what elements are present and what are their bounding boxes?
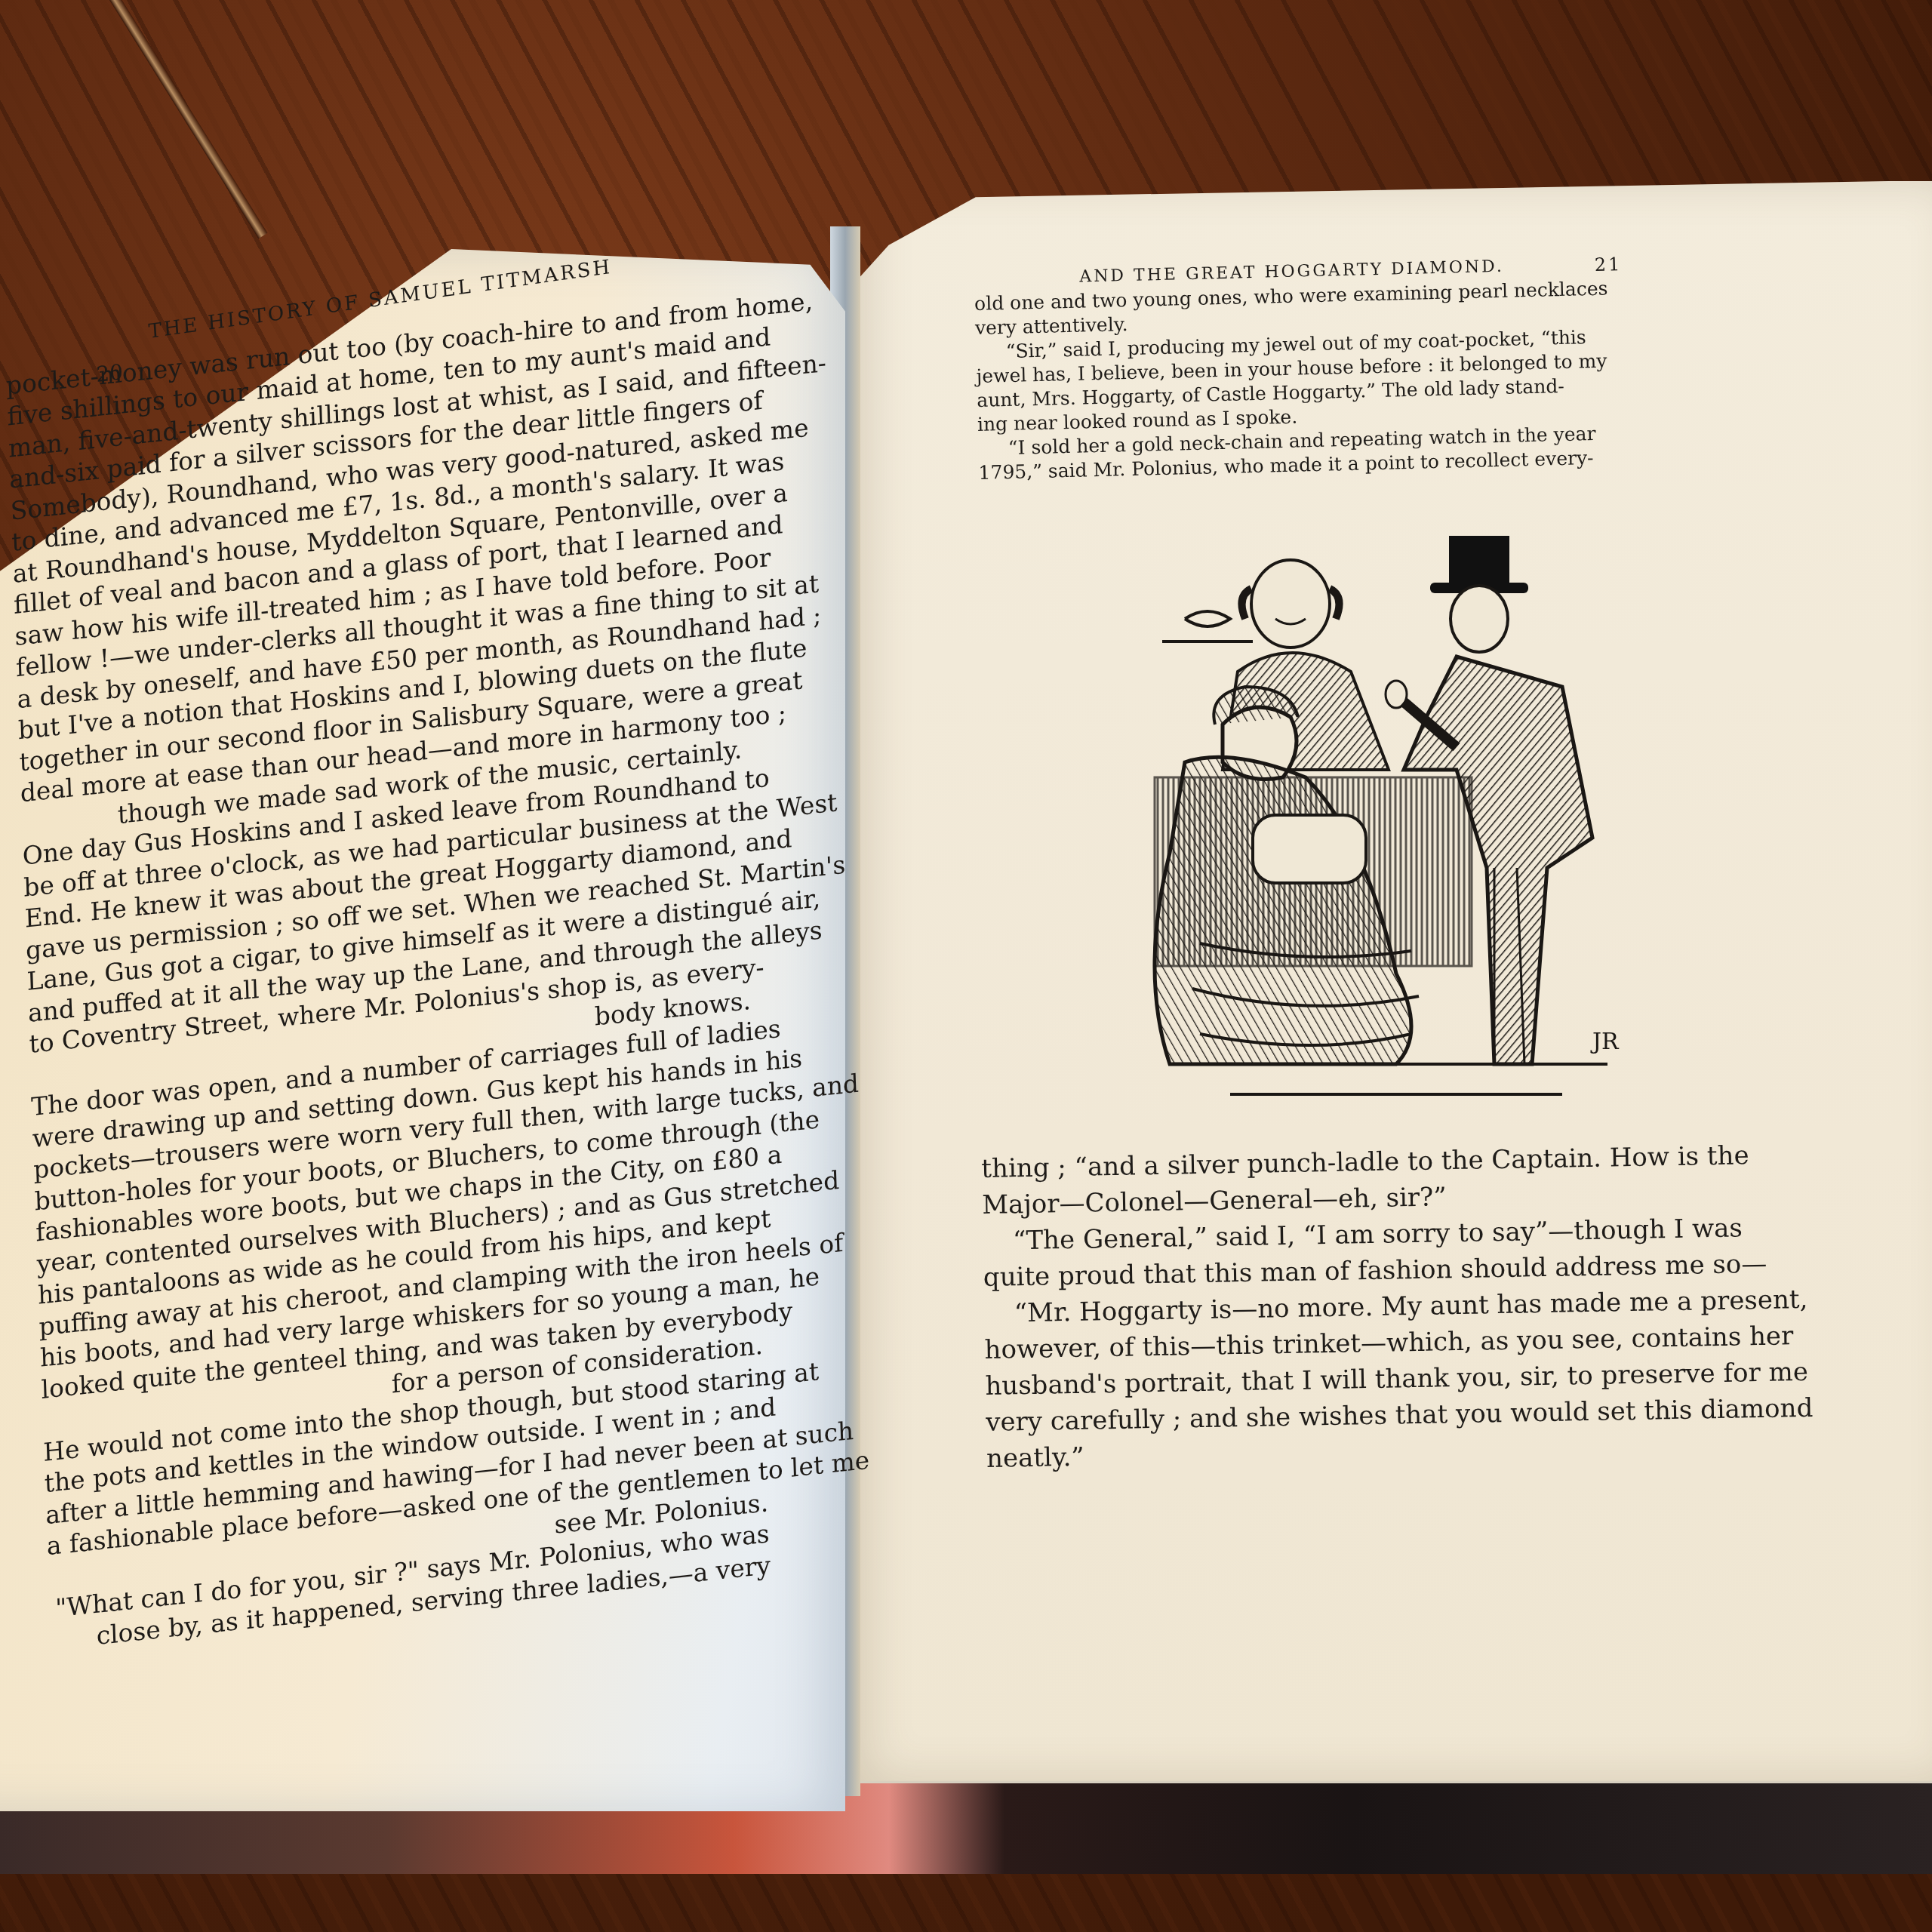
right-text-lines-bottom: thing ; “and a silver punch-ladle to the… [981,1135,1907,1477]
left-page-text: THE HISTORY OF SAMUEL TITMARSH 20 pocket… [0,249,771,1659]
artist-signature: JR [1590,1029,1620,1055]
right-text-lines-top: old one and two young ones, who were exa… [974,269,1915,485]
left-page-number: 20 [96,356,124,390]
engraving-illustration: JR [1140,521,1653,1109]
right-page-text-bottom: thing ; “and a silver punch-ladle to the… [981,1135,1907,1477]
right-page-text-top: AND THE GREAT HOGGARTY DIAMOND. 21 old o… [974,245,1915,485]
table-seam [91,0,267,238]
left-text-lines: pocket-money was run out too (by coach-h… [0,284,771,1659]
right-page-number: 21 [1594,252,1622,277]
